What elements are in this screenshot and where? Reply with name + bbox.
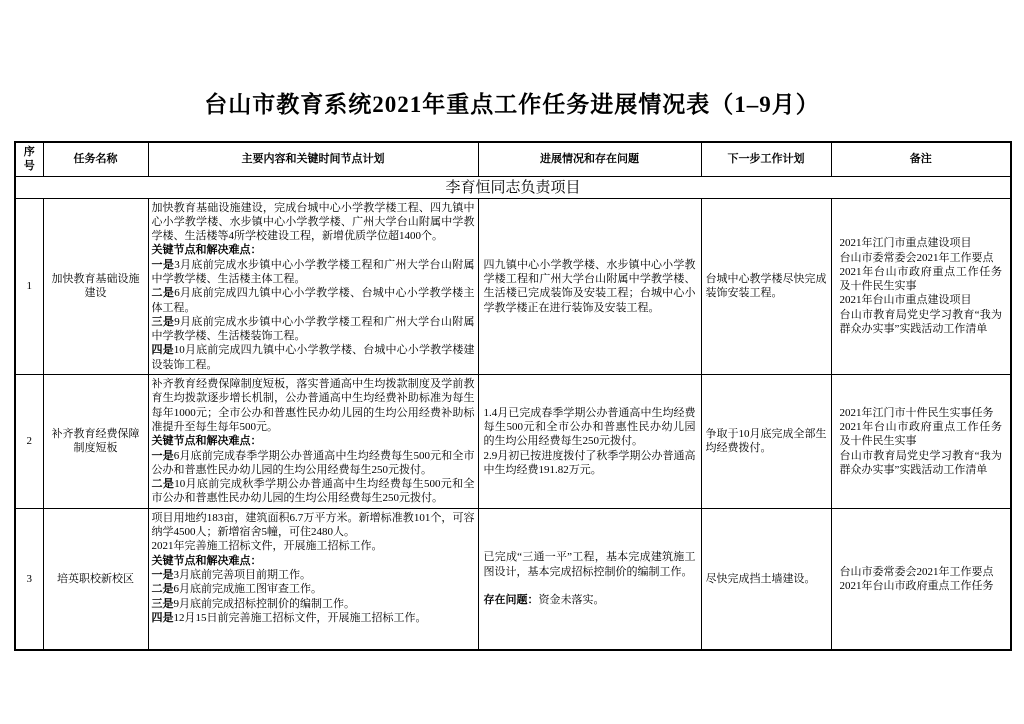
paragraph: 台山市教育局党史学习教育“我为群众办实事”实践活动工作清单 — [840, 308, 1003, 337]
header-progress-and-problems: 进展情况和存在问题 — [478, 142, 701, 176]
paragraph: 项目用地约183亩，建筑面积6.7万平方米。新增标准教101个，可容纳学4500… — [152, 511, 475, 540]
paragraph: 加快教育基础设施建设，完成台城中心小学教学楼工程、四九镇中心小学教学楼、水步镇中… — [152, 201, 475, 244]
paragraph: 争取于10月底完成全部生均经费拨付。 — [706, 427, 827, 456]
paragraph: 三是9月底前完成招标控制价的编制工作。 — [152, 597, 475, 611]
paragraph: 台山市教育局党史学习教育“我为群众办实事”实践活动工作清单 — [840, 449, 1003, 478]
section-title: 李育恒同志负责项目 — [15, 176, 1011, 198]
section-row: 李育恒同志负责项目 — [15, 176, 1011, 198]
task-name-cell: 培英职校新校区 — [43, 508, 148, 650]
header-task-name: 任务名称 — [43, 142, 148, 176]
paragraph: 存在问题：资金未落实。 — [484, 593, 696, 607]
main-content-plan-cell: 加快教育基础设施建设，完成台城中心小学教学楼工程、四九镇中心小学教学楼、水步镇中… — [148, 198, 478, 375]
paragraph: 2021年台山市政府重点工作任务及十件民生实事 — [840, 265, 1003, 294]
row-serial-number: 1 — [15, 198, 43, 375]
paragraph: 四是10月底前完成四九镇中心小学教学楼、台城中心小学教学楼建设装饰工程。 — [152, 343, 475, 372]
remarks-cell: 2021年江门市重点建设项目台山市委常委会2021年工作要点2021年台山市政府… — [831, 198, 1011, 375]
paragraph: 一是3月底前完成水步镇中心小学教学楼工程和广州大学台山附属中学教学楼、生活楼主体… — [152, 258, 475, 287]
row-serial-number: 2 — [15, 375, 43, 509]
remarks-cell: 2021年江门市十件民生实事任务2021年台山市政府重点工作任务及十件民生实事台… — [831, 375, 1011, 509]
header-remarks: 备注 — [831, 142, 1011, 176]
paragraph: 一是3月底前完善项目前期工作。 — [152, 568, 475, 582]
page-title: 台山市教育系统2021年重点工作任务进展情况表（1–9月） — [0, 86, 1024, 119]
paragraph: 2.9月初已按进度拨付了秋季学期公办普通高中生均经费191.82万元。 — [484, 449, 696, 478]
paragraph — [484, 579, 696, 593]
progress-and-problems-cell: 四九镇中心小学教学楼、水步镇中心小学教学楼工程和广州大学台山附属中学教学楼、生活… — [478, 198, 701, 375]
paragraph: 2021年台山市政府重点工作任务及十件民生实事 — [840, 420, 1003, 449]
paragraph: 四是12月15日前完善施工招标文件，开展施工招标工作。 — [152, 611, 475, 625]
paragraph: 台山市委常委会2021年工作要点 — [840, 565, 1003, 579]
progress-and-problems-cell: 已完成“三通一平”工程，基本完成建筑施工图设计，基本完成招标控制价的编制工作。存… — [478, 508, 701, 650]
header-main-content-plan: 主要内容和关键时间节点计划 — [148, 142, 478, 176]
header-serial-number: 序号 — [15, 142, 43, 176]
header-next-step-plan: 下一步工作计划 — [701, 142, 831, 176]
paragraph: 台城中心教学楼尽快完成装饰安装工程。 — [706, 272, 827, 301]
paragraph: 二是6月底前完成施工图审查工作。 — [152, 582, 475, 596]
table-row: 3培英职校新校区项目用地约183亩，建筑面积6.7万平方米。新增标准教101个，… — [15, 508, 1011, 650]
paragraph: 一是6月底前完成春季学期公办普通高中生均经费每生500元和全市公办和普惠性民办幼… — [152, 449, 475, 478]
paragraph: 2021年完善施工招标文件，开展施工招标工作。 — [152, 539, 475, 553]
paragraph: 尽快完成挡土墙建设。 — [706, 572, 827, 586]
paragraph: 关键节点和解决难点： — [152, 434, 475, 448]
paragraph: 2021年江门市重点建设项目 — [840, 236, 1003, 250]
paragraph: 2021年台山市重点建设项目 — [840, 293, 1003, 307]
remarks-cell: 台山市委常委会2021年工作要点2021年台山市政府重点工作任务 — [831, 508, 1011, 650]
paragraph: 二是6月底前完成四九镇中心小学教学楼、台城中心小学教学楼主体工程。 — [152, 286, 475, 315]
main-content-plan-cell: 补齐教育经费保障制度短板，落实普通高中生均拨款制度及学前教育生均拨款逐步增长机制… — [148, 375, 478, 509]
paragraph: 2021年江门市十件民生实事任务 — [840, 406, 1003, 420]
task-name-cell: 加快教育基础设施建设 — [43, 198, 148, 375]
paragraph: 关键节点和解决难点： — [152, 554, 475, 568]
main-content-plan-cell: 项目用地约183亩，建筑面积6.7万平方米。新增标准教101个，可容纳学4500… — [148, 508, 478, 650]
paragraph: 补齐教育经费保障制度短板，落实普通高中生均拨款制度及学前教育生均拨款逐步增长机制… — [152, 377, 475, 434]
progress-table: 序号 任务名称 主要内容和关键时间节点计划 进展情况和存在问题 下一步工作计划 … — [14, 141, 1012, 651]
task-name-cell: 补齐教育经费保障制度短板 — [43, 375, 148, 509]
row-serial-number: 3 — [15, 508, 43, 650]
paragraph: 二是10月底前完成秋季学期公办普通高中生均经费每生500元和全市公办和普惠性民办… — [152, 477, 475, 506]
progress-and-problems-cell: 1.4月已完成春季学期公办普通高中生均经费每生500元和全市公办和普惠性民办幼儿… — [478, 375, 701, 509]
paragraph: 四九镇中心小学教学楼、水步镇中心小学教学楼工程和广州大学台山附属中学教学楼、生活… — [484, 258, 696, 315]
paragraph: 已完成“三通一平”工程，基本完成建筑施工图设计，基本完成招标控制价的编制工作。 — [484, 550, 696, 579]
paragraph: 1.4月已完成春季学期公办普通高中生均经费每生500元和全市公办和普惠性民办幼儿… — [484, 406, 696, 449]
next-step-plan-cell: 台城中心教学楼尽快完成装饰安装工程。 — [701, 198, 831, 375]
table-header-row: 序号 任务名称 主要内容和关键时间节点计划 进展情况和存在问题 下一步工作计划 … — [15, 142, 1011, 176]
next-step-plan-cell: 争取于10月底完成全部生均经费拨付。 — [701, 375, 831, 509]
paragraph: 三是9月底前完成水步镇中心小学教学楼工程和广州大学台山附属中学教学楼、生活楼装饰… — [152, 315, 475, 344]
paragraph: 台山市委常委会2021年工作要点 — [840, 251, 1003, 265]
table-row: 2补齐教育经费保障制度短板补齐教育经费保障制度短板，落实普通高中生均拨款制度及学… — [15, 375, 1011, 509]
paragraph: 关键节点和解决难点： — [152, 243, 475, 257]
paragraph: 2021年台山市政府重点工作任务 — [840, 579, 1003, 593]
table-row: 1加快教育基础设施建设加快教育基础设施建设，完成台城中心小学教学楼工程、四九镇中… — [15, 198, 1011, 375]
next-step-plan-cell: 尽快完成挡土墙建设。 — [701, 508, 831, 650]
